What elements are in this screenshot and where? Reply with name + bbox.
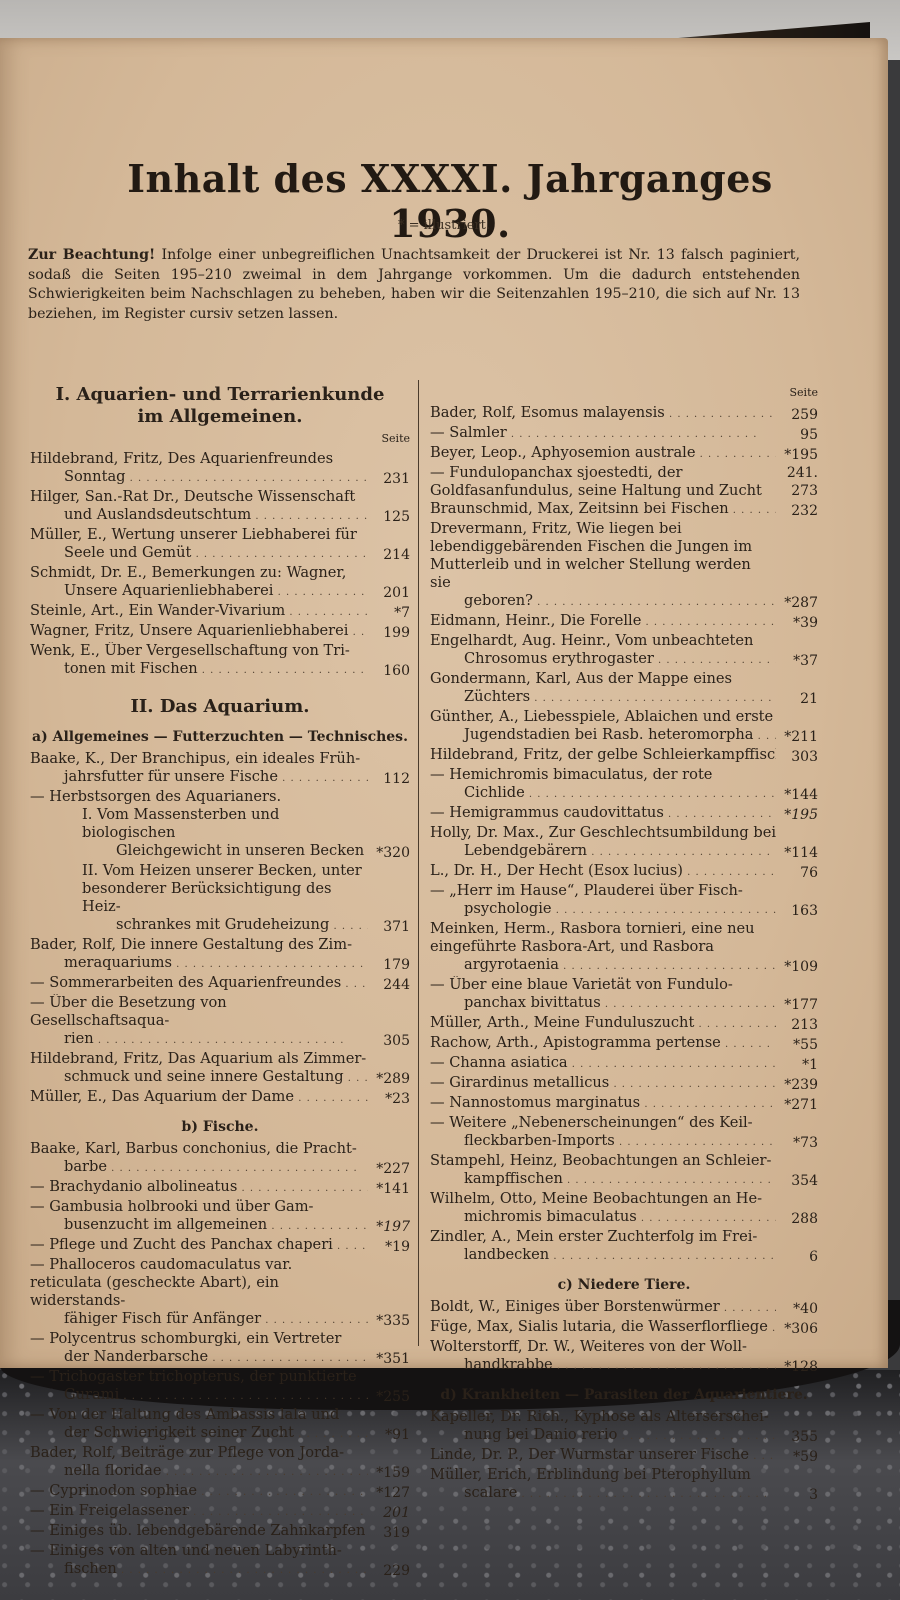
toc-entry: — Weitere „Nebenerscheinungen“ des Keil-…	[430, 1114, 818, 1152]
toc-entry-first-line: — Von der Haltung des Ambassis lala und	[30, 1406, 339, 1423]
toc-entry: Gondermann, Karl, Aus der Mappe einesZüc…	[430, 670, 818, 708]
toc-entry: Stampehl, Heinz, Beobachtungen an Schlei…	[430, 1152, 818, 1190]
page-number: *114	[776, 844, 818, 862]
page-number: *159	[368, 1464, 410, 1482]
toc-entry-last-line: Rachow, Arth., Apistogramma pertense	[430, 1034, 776, 1054]
book-page: Inhalt des XXXXI. Jahrganges 1930. * = i…	[0, 38, 888, 1368]
section-2-title: II. Das Aquarium.	[30, 696, 410, 718]
toc-entry: Kapeller, Dr. Rich., Kyphose als Alterse…	[430, 1408, 818, 1446]
toc-entry-last-line: Boldt, W., Einiges über Borstenwürmer	[430, 1298, 776, 1318]
toc-entry: — Gambusia holbrooki und über Gam-busenz…	[30, 1198, 410, 1236]
toc-entry-last-line: L., Dr. H., Der Hecht (Esox lucius)	[430, 862, 776, 882]
toc-entry-last-line: — Brachydanio albolineatus	[30, 1178, 368, 1198]
toc-entry: — Einiges üb. lebendgebärende Zahnkarpfe…	[30, 1522, 410, 1542]
toc-entry: — Von der Haltung des Ambassis lala undd…	[30, 1406, 410, 1444]
toc-entry-first-line: — „Herr im Hause“, Plauderei über Fisch-	[430, 882, 743, 899]
toc-entry-last-line: schrankes mit Grudeheizung	[82, 916, 368, 936]
toc-entry-text: Müller, E., Das Aquarium der Dame	[30, 1088, 368, 1108]
toc-entry-last-line: Seele und Gemüt	[30, 544, 368, 564]
toc-entry: — Hemichromis bimaculatus, der roteCichl…	[430, 766, 818, 804]
page-number: *37	[776, 652, 818, 670]
page-number: *255	[368, 1388, 410, 1406]
toc-entry-text: — Herbstsorgen des Aquarianers.	[30, 788, 368, 806]
page-number: *287	[776, 594, 818, 612]
toc-entry-last-line: nella floridae	[30, 1462, 368, 1482]
page-number: *320	[368, 844, 410, 862]
toc-entry-last-line: argyrotaenia	[430, 956, 776, 976]
toc-entry-last-line: Gleichgewicht in unseren Becken	[82, 842, 368, 862]
toc-entry: Bader, Rolf, Die innere Gestaltung des Z…	[30, 936, 410, 974]
toc-entry-first-line: Hilger, San.-Rat Dr., Deutsche Wissensch…	[30, 488, 355, 505]
toc-entry-first-line: — Phalloceros caudomaculatus var. reticu…	[30, 1256, 292, 1309]
page-number: *227	[368, 1160, 410, 1178]
toc-entry-last-line: — Herbstsorgen des Aquarianers.	[30, 788, 368, 806]
page-number: *91	[368, 1426, 410, 1444]
page-number: 76	[776, 864, 818, 882]
toc-entry-last-line: Wagner, Fritz, Unsere Aquarienliebhabere…	[30, 622, 368, 642]
toc-entry: Wenk, E., Über Vergesellschaftung von Tr…	[30, 642, 410, 680]
toc-entry-text: — Hemigrammus caudovittatus	[430, 804, 776, 824]
toc-entry-text: — Cyprinodon sophiae	[30, 1482, 368, 1502]
section-2d-title: d) Krankheiten — Parasiten der Aquarient…	[430, 1386, 818, 1404]
page-number: 213	[776, 1016, 818, 1034]
page-number: 319	[368, 1524, 410, 1542]
toc-entry: — Ein Freigelassener201	[30, 1502, 410, 1522]
toc-entry-text: — Hemichromis bimaculatus, der roteCichl…	[430, 766, 776, 804]
toc-entry-last-line: geboren?	[430, 592, 776, 612]
toc-entry-text: Boldt, W., Einiges über Borstenwürmer	[430, 1298, 776, 1318]
toc-entry: Bader, Rolf, Esomus malayensis259	[430, 404, 818, 424]
toc-entry-last-line: michromis bimaculatus	[430, 1208, 776, 1228]
page-number: 199	[368, 624, 410, 642]
left-column: I. Aquarien- und Terrarienkunde im Allge…	[30, 378, 410, 1580]
section-2b-title: b) Fische.	[30, 1118, 410, 1136]
page-number: 201	[368, 1504, 410, 1522]
toc-entry: Boldt, W., Einiges über Borstenwürmer*40	[430, 1298, 818, 1318]
page-number: *197	[368, 1218, 410, 1236]
toc-entry-last-line: Züchters	[430, 688, 776, 708]
toc-entry-first-line: Wilhelm, Otto, Meine Beobachtungen an He…	[430, 1190, 762, 1207]
toc-entry: — Fundulopanchax sjoestedti, der Goldfas…	[430, 464, 818, 500]
toc-entry-text: Gondermann, Karl, Aus der Mappe einesZüc…	[430, 670, 776, 708]
page-number: *195	[776, 446, 818, 464]
toc-entry-last-line: — Hemigrammus caudovittatus	[430, 804, 776, 824]
page-number: 160	[368, 662, 410, 680]
toc-entry: Füge, Max, Sialis lutaria, die Wasserflo…	[430, 1318, 818, 1338]
page-number: 112	[368, 770, 410, 788]
toc-entry-first-line: Günther, A., Liebesspiele, Ablaichen und…	[430, 708, 773, 725]
toc-entry-text: — Pflege und Zucht des Panchax chaperi	[30, 1236, 368, 1256]
page-number: *289	[368, 1070, 410, 1088]
toc-entry-first-line: — Trichogaster trichopterus, der punktie…	[30, 1368, 357, 1385]
toc-entry-last-line: Gurami	[30, 1386, 368, 1406]
toc-entry-text: Müller, E., Wertung unserer Liebhaberei …	[30, 526, 368, 564]
toc-entry-text: Stampehl, Heinz, Beobachtungen an Schlei…	[430, 1152, 776, 1190]
page-number: 95	[776, 426, 818, 444]
toc-entry-last-line: tonen mit Fischen	[30, 660, 368, 680]
toc-entry-text: Wilhelm, Otto, Meine Beobachtungen an He…	[430, 1190, 776, 1228]
page-number: 232	[776, 502, 818, 520]
toc-entry-last-line: kampffischen	[430, 1170, 776, 1190]
toc-entry-last-line: Braunschmid, Max, Zeitsinn bei Fischen	[430, 500, 776, 520]
toc-entry-text: Wolterstorff, Dr. W., Weiteres von der W…	[430, 1338, 776, 1376]
toc-entry: Engelhardt, Aug. Heinr., Vom unbeachtete…	[430, 632, 818, 670]
toc-entry-first-line: Baake, Karl, Barbus conchonius, die Prac…	[30, 1140, 357, 1157]
toc-entry: Wilhelm, Otto, Meine Beobachtungen an He…	[430, 1190, 818, 1228]
toc-entry: — Salmler95	[430, 424, 818, 444]
toc-entry-last-line: Lebendgebärern	[430, 842, 776, 862]
toc-entry-first-line: Müller, Erich, Erblindung bei Pterophyll…	[430, 1466, 751, 1483]
page-number: 288	[776, 1210, 818, 1228]
toc-entry-text: Wenk, E., Über Vergesellschaftung von Tr…	[30, 642, 368, 680]
toc-entry-text: — Sommerarbeiten des Aquarienfreundes	[30, 974, 368, 994]
toc-entry-first-line: Wenk, E., Über Vergesellschaftung von Tr…	[30, 642, 350, 659]
toc-entry-text: Eidmann, Heinr., Die Forelle	[430, 612, 776, 632]
toc-entry: Müller, Arth., Meine Funduluszucht213	[430, 1014, 818, 1034]
toc-entry-last-line: Müller, Arth., Meine Funduluszucht	[430, 1014, 776, 1034]
toc-entry: Holly, Dr. Max., Zur Geschlechtsumbildun…	[430, 824, 818, 862]
toc-entry: — Trichogaster trichopterus, der punktie…	[30, 1368, 410, 1406]
page-number: *40	[776, 1300, 818, 1318]
toc-entry-first-line: Kapeller, Dr. Rich., Kyphose als Alterse…	[430, 1408, 769, 1425]
toc-entry: — Über eine blaue Varietät von Fundulo-p…	[430, 976, 818, 1014]
toc-entry-last-line: psychologie	[430, 900, 776, 920]
section-2b-list: Baake, Karl, Barbus conchonius, die Prac…	[30, 1140, 410, 1580]
toc-entry-last-line: Chrosomus erythrogaster	[430, 650, 776, 670]
toc-entry: — Nannostomus marginatus*271	[430, 1094, 818, 1114]
toc-entry-text: Hildebrand, Fritz, Das Aquarium als Zimm…	[30, 1050, 368, 1088]
page-number: *19	[368, 1238, 410, 1256]
page-number: *195	[776, 806, 818, 824]
page-number: 214	[368, 546, 410, 564]
seite-label-right: Seite	[430, 384, 818, 402]
toc-entry-text: — Brachydanio albolineatus	[30, 1178, 368, 1198]
toc-entry: Baake, K., Der Branchipus, ein ideales F…	[30, 750, 410, 788]
page-number: *73	[776, 1134, 818, 1152]
toc-entry-last-line: jahrsfutter für unsere Fische	[30, 768, 368, 788]
toc-entry: Wagner, Fritz, Unsere Aquarienliebhabere…	[30, 622, 410, 642]
toc-entry-text: I. Vom Massensterben und biologischenGle…	[30, 806, 368, 862]
toc-entry-last-line: schmuck und seine innere Gestaltung	[30, 1068, 368, 1088]
toc-entry-last-line: panchax bivittatus	[430, 994, 776, 1014]
page-number: 241. 273	[776, 464, 818, 500]
toc-entry-text: Zindler, A., Mein erster Zuchterfolg im …	[430, 1228, 776, 1266]
toc-entry: Müller, E., Wertung unserer Liebhaberei …	[30, 526, 410, 564]
toc-entry: — „Herr im Hause“, Plauderei über Fisch-…	[430, 882, 818, 920]
toc-entry-last-line: Sonntag	[30, 468, 368, 488]
column-divider	[418, 380, 419, 1346]
toc-entry-text: Braunschmid, Max, Zeitsinn bei Fischen	[430, 500, 776, 520]
page-number: 179	[368, 956, 410, 974]
page-number: 305	[368, 1032, 410, 1050]
page-number: 231	[368, 470, 410, 488]
toc-entry-last-line: scalare	[430, 1484, 776, 1504]
toc-entry: — Channa asiatica*1	[430, 1054, 818, 1074]
section-1-list: Hildebrand, Fritz, Des AquarienfreundesS…	[30, 450, 410, 680]
toc-entry: Hildebrand, Fritz, Des AquarienfreundesS…	[30, 450, 410, 488]
toc-entry-last-line: Linde, Dr. P., Der Wurmstar unserer Fisc…	[430, 1446, 776, 1466]
toc-entry-last-line: Beyer, Leop., Aphyosemion australe	[430, 444, 776, 464]
page-number: *306	[776, 1320, 818, 1338]
toc-entry-first-line: Zindler, A., Mein erster Zuchterfolg im …	[430, 1228, 757, 1245]
toc-entry-last-line: — Salmler	[430, 424, 776, 444]
toc-entry: — Cyprinodon sophiae*127	[30, 1482, 410, 1502]
toc-entry-text: Linde, Dr. P., Der Wurmstar unserer Fisc…	[430, 1446, 776, 1466]
toc-entry: — Hemigrammus caudovittatus*195	[430, 804, 818, 824]
toc-entry-text: L., Dr. H., Der Hecht (Esox lucius)	[430, 862, 776, 882]
toc-entry-text: Bader, Rolf, Die innere Gestaltung des Z…	[30, 936, 368, 974]
toc-entry: Meinken, Herm., Rasbora tornieri, eine n…	[430, 920, 818, 976]
right-column: Seite Bader, Rolf, Esomus malayensis259—…	[430, 378, 818, 1504]
toc-entry-text: — Fundulopanchax sjoestedti, der Goldfas…	[430, 464, 776, 500]
toc-entry-last-line: der Schwierigkeit seiner Zucht	[30, 1424, 368, 1444]
toc-entry: — Girardinus metallicus*239	[430, 1074, 818, 1094]
section-2d-list: Kapeller, Dr. Rich., Kyphose als Alterse…	[430, 1408, 818, 1504]
toc-entry: — Herbstsorgen des Aquarianers.	[30, 788, 410, 806]
toc-entry-text: Holly, Dr. Max., Zur Geschlechtsumbildun…	[430, 824, 776, 862]
page-number: *55	[776, 1036, 818, 1054]
toc-entry-first-line: Drevermann, Fritz, Wie liegen bei lebend…	[430, 520, 752, 591]
section-2c-title: c) Niedere Tiere.	[430, 1276, 818, 1294]
toc-entry: II. Vom Heizen unserer Becken, unter bes…	[30, 862, 410, 936]
toc-entry-first-line: Hildebrand, Fritz, Des Aquarienfreundes	[30, 450, 333, 467]
toc-entry-text: Müller, Erich, Erblindung bei Pterophyll…	[430, 1466, 776, 1504]
toc-entry-first-line: — Hemichromis bimaculatus, der rote	[430, 766, 712, 783]
page-number: *141	[368, 1180, 410, 1198]
toc-entry: — Über die Besetzung von Gesellschaftsaq…	[30, 994, 410, 1050]
toc-entry-text: — Gambusia holbrooki und über Gam-busenz…	[30, 1198, 368, 1236]
section-2b-continued-list: Bader, Rolf, Esomus malayensis259— Salml…	[430, 404, 818, 1266]
toc-entry: — Pflege und Zucht des Panchax chaperi*1…	[30, 1236, 410, 1256]
toc-entry-text: — Trichogaster trichopterus, der punktie…	[30, 1368, 368, 1406]
toc-entry-last-line: fleckbarben-Imports	[430, 1132, 776, 1152]
page-number: 125	[368, 508, 410, 526]
toc-entry-first-line: Holly, Dr. Max., Zur Geschlechtsumbildun…	[430, 824, 776, 841]
toc-entry-text: — Channa asiatica	[430, 1054, 776, 1074]
page-number: 355	[776, 1428, 818, 1446]
section-2a-title: a) Allgemeines — Futterzuchten — Technis…	[30, 728, 410, 746]
page-number: 244	[368, 976, 410, 994]
toc-entry-text: Baake, Karl, Barbus conchonius, die Prac…	[30, 1140, 368, 1178]
toc-entry-last-line: Cichlide	[430, 784, 776, 804]
toc-entry-text: — Über die Besetzung von Gesellschaftsaq…	[30, 994, 368, 1050]
toc-entry-last-line: — Channa asiatica	[430, 1054, 776, 1074]
toc-entry-text: Füge, Max, Sialis lutaria, die Wasserflo…	[430, 1318, 776, 1338]
toc-entry: — Einiges von alten und neuen Labyrinth-…	[30, 1542, 410, 1580]
toc-entry-text: Rachow, Arth., Apistogramma pertense	[430, 1034, 776, 1054]
toc-entry: Braunschmid, Max, Zeitsinn bei Fischen23…	[430, 500, 818, 520]
toc-entry-text: Engelhardt, Aug. Heinr., Vom unbeachtete…	[430, 632, 776, 670]
toc-entry: — Brachydanio albolineatus*141	[30, 1178, 410, 1198]
toc-entry-last-line: Eidmann, Heinr., Die Forelle	[430, 612, 776, 632]
toc-entry-text: — Weitere „Nebenerscheinungen“ des Keil-…	[430, 1114, 776, 1152]
toc-entry-text: Bader, Rolf, Esomus malayensis	[430, 404, 776, 424]
toc-entry-last-line: landbecken	[430, 1246, 776, 1266]
toc-entry: Günther, A., Liebesspiele, Ablaichen und…	[430, 708, 818, 746]
toc-entry-first-line: Schmidt, Dr. E., Bemerkungen zu: Wagner,	[30, 564, 346, 581]
toc-entry: Drevermann, Fritz, Wie liegen bei lebend…	[430, 520, 818, 612]
page-number: *144	[776, 786, 818, 804]
toc-entry-last-line: Steinle, Art., Ein Wander-Vivarium	[30, 602, 368, 622]
toc-entry-last-line: — Nannostomus marginatus	[430, 1094, 776, 1114]
page-number: 303	[776, 748, 818, 766]
toc-entry-last-line: handkrabbe	[430, 1356, 776, 1376]
toc-entry-last-line: barbe	[30, 1158, 368, 1178]
page-number: *335	[368, 1312, 410, 1330]
toc-entry: Wolterstorff, Dr. W., Weiteres von der W…	[430, 1338, 818, 1376]
toc-entry-last-line: Bader, Rolf, Esomus malayensis	[430, 404, 776, 424]
toc-entry-text: — Ein Freigelassener	[30, 1502, 368, 1522]
toc-entry-text: Drevermann, Fritz, Wie liegen bei lebend…	[430, 520, 776, 612]
toc-entry-first-line: Baake, K., Der Branchipus, ein ideales F…	[30, 750, 360, 767]
toc-entry-first-line: — Polycentrus schomburgki, ein Vertreter	[30, 1330, 341, 1347]
toc-entry: — Polycentrus schomburgki, ein Vertreter…	[30, 1330, 410, 1368]
toc-entry-text: — Einiges üb. lebendgebärende Zahnkarpfe…	[30, 1522, 368, 1542]
toc-entry-first-line: Müller, E., Wertung unserer Liebhaberei …	[30, 526, 357, 543]
page-number: 21	[776, 690, 818, 708]
page-number: 201	[368, 584, 410, 602]
toc-entry-first-line: — Über die Besetzung von Gesellschaftsaq…	[30, 994, 227, 1029]
toc-entry: Schmidt, Dr. E., Bemerkungen zu: Wagner,…	[30, 564, 410, 602]
toc-entry-last-line: Müller, E., Das Aquarium der Dame	[30, 1088, 368, 1108]
page-number: *128	[776, 1358, 818, 1376]
toc-entry-text: Baake, K., Der Branchipus, ein ideales F…	[30, 750, 368, 788]
toc-entry-first-line: — Einiges von alten und neuen Labyrinth-	[30, 1542, 342, 1559]
toc-entry-first-line: Hildebrand, Fritz, Das Aquarium als Zimm…	[30, 1050, 366, 1067]
toc-entry-text: Beyer, Leop., Aphyosemion australe	[430, 444, 776, 464]
page-number: 3	[776, 1486, 818, 1504]
toc-entry: Baake, Karl, Barbus conchonius, die Prac…	[30, 1140, 410, 1178]
toc-entry-first-line: — Über eine blaue Varietät von Fundulo-	[430, 976, 733, 993]
toc-entry-last-line: rien	[30, 1030, 368, 1050]
toc-entry-last-line: Unsere Aquarienliebhaberei	[30, 582, 368, 602]
toc-entry-text: — Girardinus metallicus	[430, 1074, 776, 1094]
toc-entry: Zindler, A., Mein erster Zuchterfolg im …	[430, 1228, 818, 1266]
toc-entry-first-line: Bader, Rolf, Die innere Gestaltung des Z…	[30, 936, 352, 953]
toc-entry-text: Günther, A., Liebesspiele, Ablaichen und…	[430, 708, 776, 746]
toc-entry-last-line: busenzucht im allgemeinen	[30, 1216, 368, 1236]
toc-entry-text: Bader, Rolf, Beiträge zur Pflege von Jor…	[30, 1444, 368, 1482]
toc-entry-last-line: — Ein Freigelassener	[30, 1502, 368, 1522]
toc-entry-text: Kapeller, Dr. Rich., Kyphose als Alterse…	[430, 1408, 776, 1446]
toc-entry-first-line: Engelhardt, Aug. Heinr., Vom unbeachtete…	[430, 632, 753, 649]
toc-entry-text: — Salmler	[430, 424, 776, 444]
page-number: *271	[776, 1096, 818, 1114]
page-number: *39	[776, 614, 818, 632]
toc-entry-first-line: Wolterstorff, Dr. W., Weiteres von der W…	[430, 1338, 747, 1355]
toc-entry-last-line: und Auslandsdeutschtum	[30, 506, 368, 526]
toc-entry: — Sommerarbeiten des Aquarienfreundes244	[30, 974, 410, 994]
toc-entry-text: — Nannostomus marginatus	[430, 1094, 776, 1114]
toc-entry-last-line: — Pflege und Zucht des Panchax chaperi	[30, 1236, 368, 1256]
toc-entry-first-line: Stampehl, Heinz, Beobachtungen an Schlei…	[430, 1152, 771, 1169]
page-number: *239	[776, 1076, 818, 1094]
toc-entry: — Phalloceros caudomaculatus var. reticu…	[30, 1256, 410, 1330]
toc-entry-text: — „Herr im Hause“, Plauderei über Fisch-…	[430, 882, 776, 920]
toc-entry-text: — Einiges von alten und neuen Labyrinth-…	[30, 1542, 368, 1580]
section-2c-list: Boldt, W., Einiges über Borstenwürmer*40…	[430, 1298, 818, 1376]
toc-entry-first-line: II. Vom Heizen unserer Becken, unter bes…	[82, 862, 362, 915]
toc-entry-text: Hilger, San.-Rat Dr., Deutsche Wissensch…	[30, 488, 368, 526]
toc-entry: Müller, Erich, Erblindung bei Pterophyll…	[430, 1466, 818, 1504]
toc-entry-first-line: I. Vom Massensterben und biologischen	[82, 806, 279, 841]
toc-entry: Müller, E., Das Aquarium der Dame*23	[30, 1088, 410, 1108]
page-number: *351	[368, 1350, 410, 1368]
seite-label: Seite	[30, 430, 410, 448]
toc-entry: L., Dr. H., Der Hecht (Esox lucius)76	[430, 862, 818, 882]
page-number: *7	[368, 604, 410, 622]
toc-entry-text: II. Vom Heizen unserer Becken, unter bes…	[30, 862, 368, 936]
toc-entry: Hildebrand, Fritz, Das Aquarium als Zimm…	[30, 1050, 410, 1088]
toc-entry-text: Wagner, Fritz, Unsere Aquarienliebhabere…	[30, 622, 368, 642]
illustrated-legend: * = illustriert.	[0, 218, 888, 233]
page-number: 229	[368, 1562, 410, 1580]
page-number: 6	[776, 1248, 818, 1266]
toc-entry: Linde, Dr. P., Der Wurmstar unserer Fisc…	[430, 1446, 818, 1466]
section-1-title-line1: I. Aquarien- und Terrarienkunde	[30, 384, 410, 406]
toc-entry-last-line: nung bei Danio rerio	[430, 1426, 776, 1446]
page-number: 354	[776, 1172, 818, 1190]
toc-entry-last-line: — Girardinus metallicus	[430, 1074, 776, 1094]
toc-entry: I. Vom Massensterben und biologischenGle…	[30, 806, 410, 862]
toc-entry-last-line: — Sommerarbeiten des Aquarienfreundes	[30, 974, 368, 994]
toc-entry: Rachow, Arth., Apistogramma pertense*55	[430, 1034, 818, 1054]
page-number: 163	[776, 902, 818, 920]
toc-entry-last-line: Hildebrand, Fritz, der gelbe Schleierkam…	[430, 746, 776, 766]
toc-entry-text: — Über eine blaue Varietät von Fundulo-p…	[430, 976, 776, 1014]
toc-entry-last-line: fischen	[30, 1560, 368, 1580]
toc-entry-first-line: Gondermann, Karl, Aus der Mappe eines	[430, 670, 732, 687]
section-1-title: I. Aquarien- und Terrarienkunde im Allge…	[30, 384, 410, 428]
toc-entry-first-line: — Weitere „Nebenerscheinungen“ des Keil-	[430, 1114, 753, 1131]
toc-entry-text: Schmidt, Dr. E., Bemerkungen zu: Wagner,…	[30, 564, 368, 602]
toc-entry-last-line: fähiger Fisch für Anfänger	[30, 1310, 368, 1330]
toc-entry-text: Meinken, Herm., Rasbora tornieri, eine n…	[430, 920, 776, 976]
section-1-title-line2: im Allgemeinen.	[30, 406, 410, 428]
toc-entry-last-line: Füge, Max, Sialis lutaria, die Wasserflo…	[430, 1318, 776, 1338]
page-number: *177	[776, 996, 818, 1014]
page-number: *211	[776, 728, 818, 746]
toc-entry-first-line: — Fundulopanchax sjoestedti, der Goldfas…	[430, 464, 762, 499]
toc-entry: Steinle, Art., Ein Wander-Vivarium*7	[30, 602, 410, 622]
toc-entry-first-line: Meinken, Herm., Rasbora tornieri, eine n…	[430, 920, 755, 955]
toc-entry-first-line: Bader, Rolf, Beiträge zur Pflege von Jor…	[30, 1444, 344, 1461]
page-number: *59	[776, 1448, 818, 1466]
toc-entry-text: — Von der Haltung des Ambassis lala undd…	[30, 1406, 368, 1444]
toc-entry-first-line: — Gambusia holbrooki und über Gam-	[30, 1198, 313, 1215]
notice-paragraph: Zur Beachtung! Infolge einer unbegreifli…	[28, 246, 800, 324]
toc-entry-text: — Polycentrus schomburgki, ein Vertreter…	[30, 1330, 368, 1368]
page-number: 371	[368, 918, 410, 936]
toc-entry: Hilger, San.-Rat Dr., Deutsche Wissensch…	[30, 488, 410, 526]
page-number: 259	[776, 406, 818, 424]
section-2a-list: Baake, K., Der Branchipus, ein ideales F…	[30, 750, 410, 1108]
toc-entry: Eidmann, Heinr., Die Forelle*39	[430, 612, 818, 632]
toc-entry-text: Müller, Arth., Meine Funduluszucht	[430, 1014, 776, 1034]
toc-entry: Bader, Rolf, Beiträge zur Pflege von Jor…	[30, 1444, 410, 1482]
page-number: *109	[776, 958, 818, 976]
toc-entry-text: Hildebrand, Fritz, der gelbe Schleierkam…	[430, 746, 776, 766]
toc-entry-last-line: — Einiges üb. lebendgebärende Zahnkarpfe…	[30, 1522, 368, 1542]
page-number: *1	[776, 1056, 818, 1074]
page-number: *23	[368, 1090, 410, 1108]
toc-entry-last-line: der Nanderbarsche	[30, 1348, 368, 1368]
toc-entry-text: Hildebrand, Fritz, Des AquarienfreundesS…	[30, 450, 368, 488]
toc-entry-text: Steinle, Art., Ein Wander-Vivarium	[30, 602, 368, 622]
toc-entry-last-line: — Cyprinodon sophiae	[30, 1482, 368, 1502]
notice-lead: Zur Beachtung!	[28, 247, 155, 263]
toc-entry-text: — Phalloceros caudomaculatus var. reticu…	[30, 1256, 368, 1330]
